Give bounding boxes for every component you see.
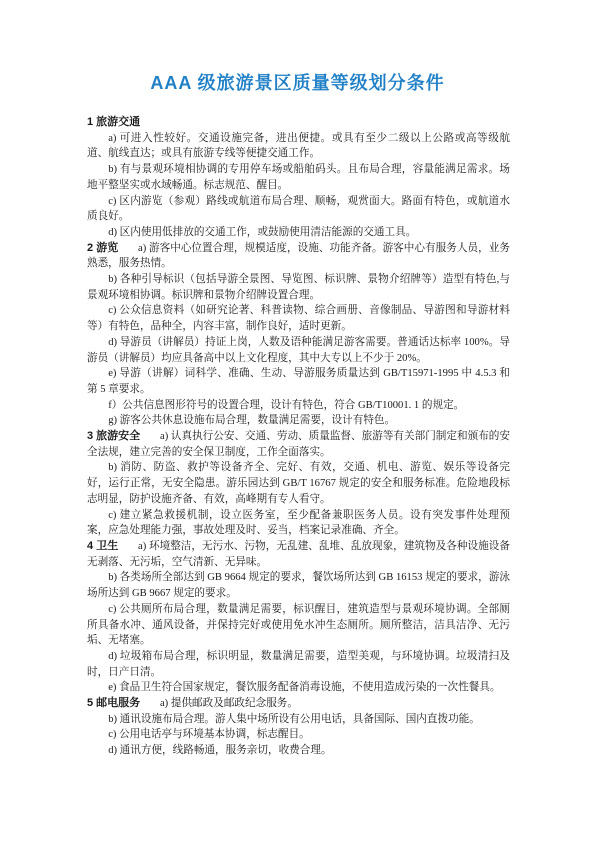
document-body: 1 旅游交通 a) 可进入性较好。交通设施完备，进出便捷。或具有至少二级以上公路… [87, 115, 510, 759]
section-4-heading: 4 卫生a) 环境整洁，无污水、污物，无乱建、乱堆、乱放现象，建筑物及各种设施设… [87, 539, 510, 570]
section-2-item-a: a) 游客中心位置合理，规模适度，设施、功能齐备。游客中心有服务人员，业务熟悉，… [87, 243, 510, 270]
section-1-label: 1 旅游交通 [87, 116, 140, 128]
section-5-item-b: b) 通讯设施布局合理。游人集中场所设有公用电话，具备国际、国内直拨功能。 [87, 712, 510, 728]
section-3-heading: 3 旅游安全a) 认真执行公安、交通、劳动、质量监督、旅游等有关部门制定和颁布的… [87, 429, 510, 460]
section-2-item-b: b) 各种引导标识（包括导游全景图、导览图、标识牌、景物介绍牌等）造型有特色,与… [87, 272, 510, 303]
section-5-item-c: c) 公用电话亭与环境基本协调，标志醒目。 [87, 727, 510, 743]
section-3-label: 3 旅游安全 [87, 430, 160, 442]
section-4-item-d: d) 垃圾箱布局合理，标识明显，数量满足需要，造型美观，与环境协调。垃圾清扫及时… [87, 649, 510, 680]
section-1-item-b: b) 有与景观环境相协调的专用停车场或船舶码头。且布局合理，容量能满足需求。场地… [87, 162, 510, 193]
document-page: AAA 级旅游景区质量等级划分条件 1 旅游交通 a) 可进入性较好。交通设施完… [0, 0, 595, 842]
section-5-item-a: a) 提供邮政及邮政纪念服务。 [160, 698, 298, 709]
section-4-item-b: b) 各类场所全部达到 GB 9664 规定的要求，餐饮场所达到 GB 1615… [87, 570, 510, 601]
section-2-item-e: e) 导游（讲解）词科学、准确、生动、导游服务质量达到 GB/T15971-19… [87, 366, 510, 397]
section-2-item-f: f）公共信息图形符号的设置合理，设计有特色，符合 GB/T10001. 1 的规… [87, 398, 510, 414]
section-1-item-d: d) 区内使用低排放的交通工作，或鼓励使用清洁能源的交通工具。 [87, 225, 510, 241]
section-2-heading: 2 游览a) 游客中心位置合理，规模适度，设施、功能齐备。游客中心有服务人员，业… [87, 241, 510, 272]
section-1-item-a: a) 可进入性较好。交通设施完备，进出便捷。或具有至少二级以上公路或高等级航道、… [87, 131, 510, 162]
section-3-item-b: b) 消防、防盗、救护等设备齐全、完好、有效，交通、机电、游览、娱乐等设备完好，… [87, 460, 510, 507]
section-1-heading: 1 旅游交通 [87, 115, 510, 131]
section-5-item-d: d) 通讯方便，线路畅通，服务亲切，收费合理。 [87, 743, 510, 759]
section-4-label: 4 卫生 [87, 540, 138, 552]
section-4-item-a: a) 环境整洁，无污水、污物，无乱建、乱堆、乱放现象，建筑物及各种设施设备无剥落… [87, 541, 510, 568]
section-1-item-c: c) 区内游览（参观）路线或航道布局合理、顺畅，观赏面大。路面有特色，或航道水质… [87, 194, 510, 225]
section-4-item-c: c) 公共厕所布局合理，数量满足需要，标识醒目，建筑造型与景观环境协调。全部厕所… [87, 602, 510, 649]
section-5-heading: 5 邮电服务a) 提供邮政及邮政纪念服务。 [87, 696, 510, 712]
section-2-item-g: g) 游客公共休息设施布局合理，数量满足需要，设计有特色。 [87, 413, 510, 429]
section-4-item-e: e) 食品卫生符合国家规定，餐饮服务配备消毒设施，不使用造成污染的一次性餐具。 [87, 680, 510, 696]
page-title: AAA 级旅游景区质量等级划分条件 [0, 0, 595, 94]
section-3-item-c: c) 建立紧急救援机制，设立医务室，至少配备兼职医务人员。设有突发事件处理预案，… [87, 508, 510, 539]
section-2-item-c: c) 公众信息资料（如研究论著、科普读物、综合画册、音像制品、导游图和导游材料等… [87, 303, 510, 334]
section-5-label: 5 邮电服务 [87, 697, 160, 709]
section-2-item-d: d) 导游员（讲解员）持证上岗，人数及语种能满足游客需要。普通话达标率 100%… [87, 335, 510, 366]
section-2-label: 2 游览 [87, 242, 138, 254]
